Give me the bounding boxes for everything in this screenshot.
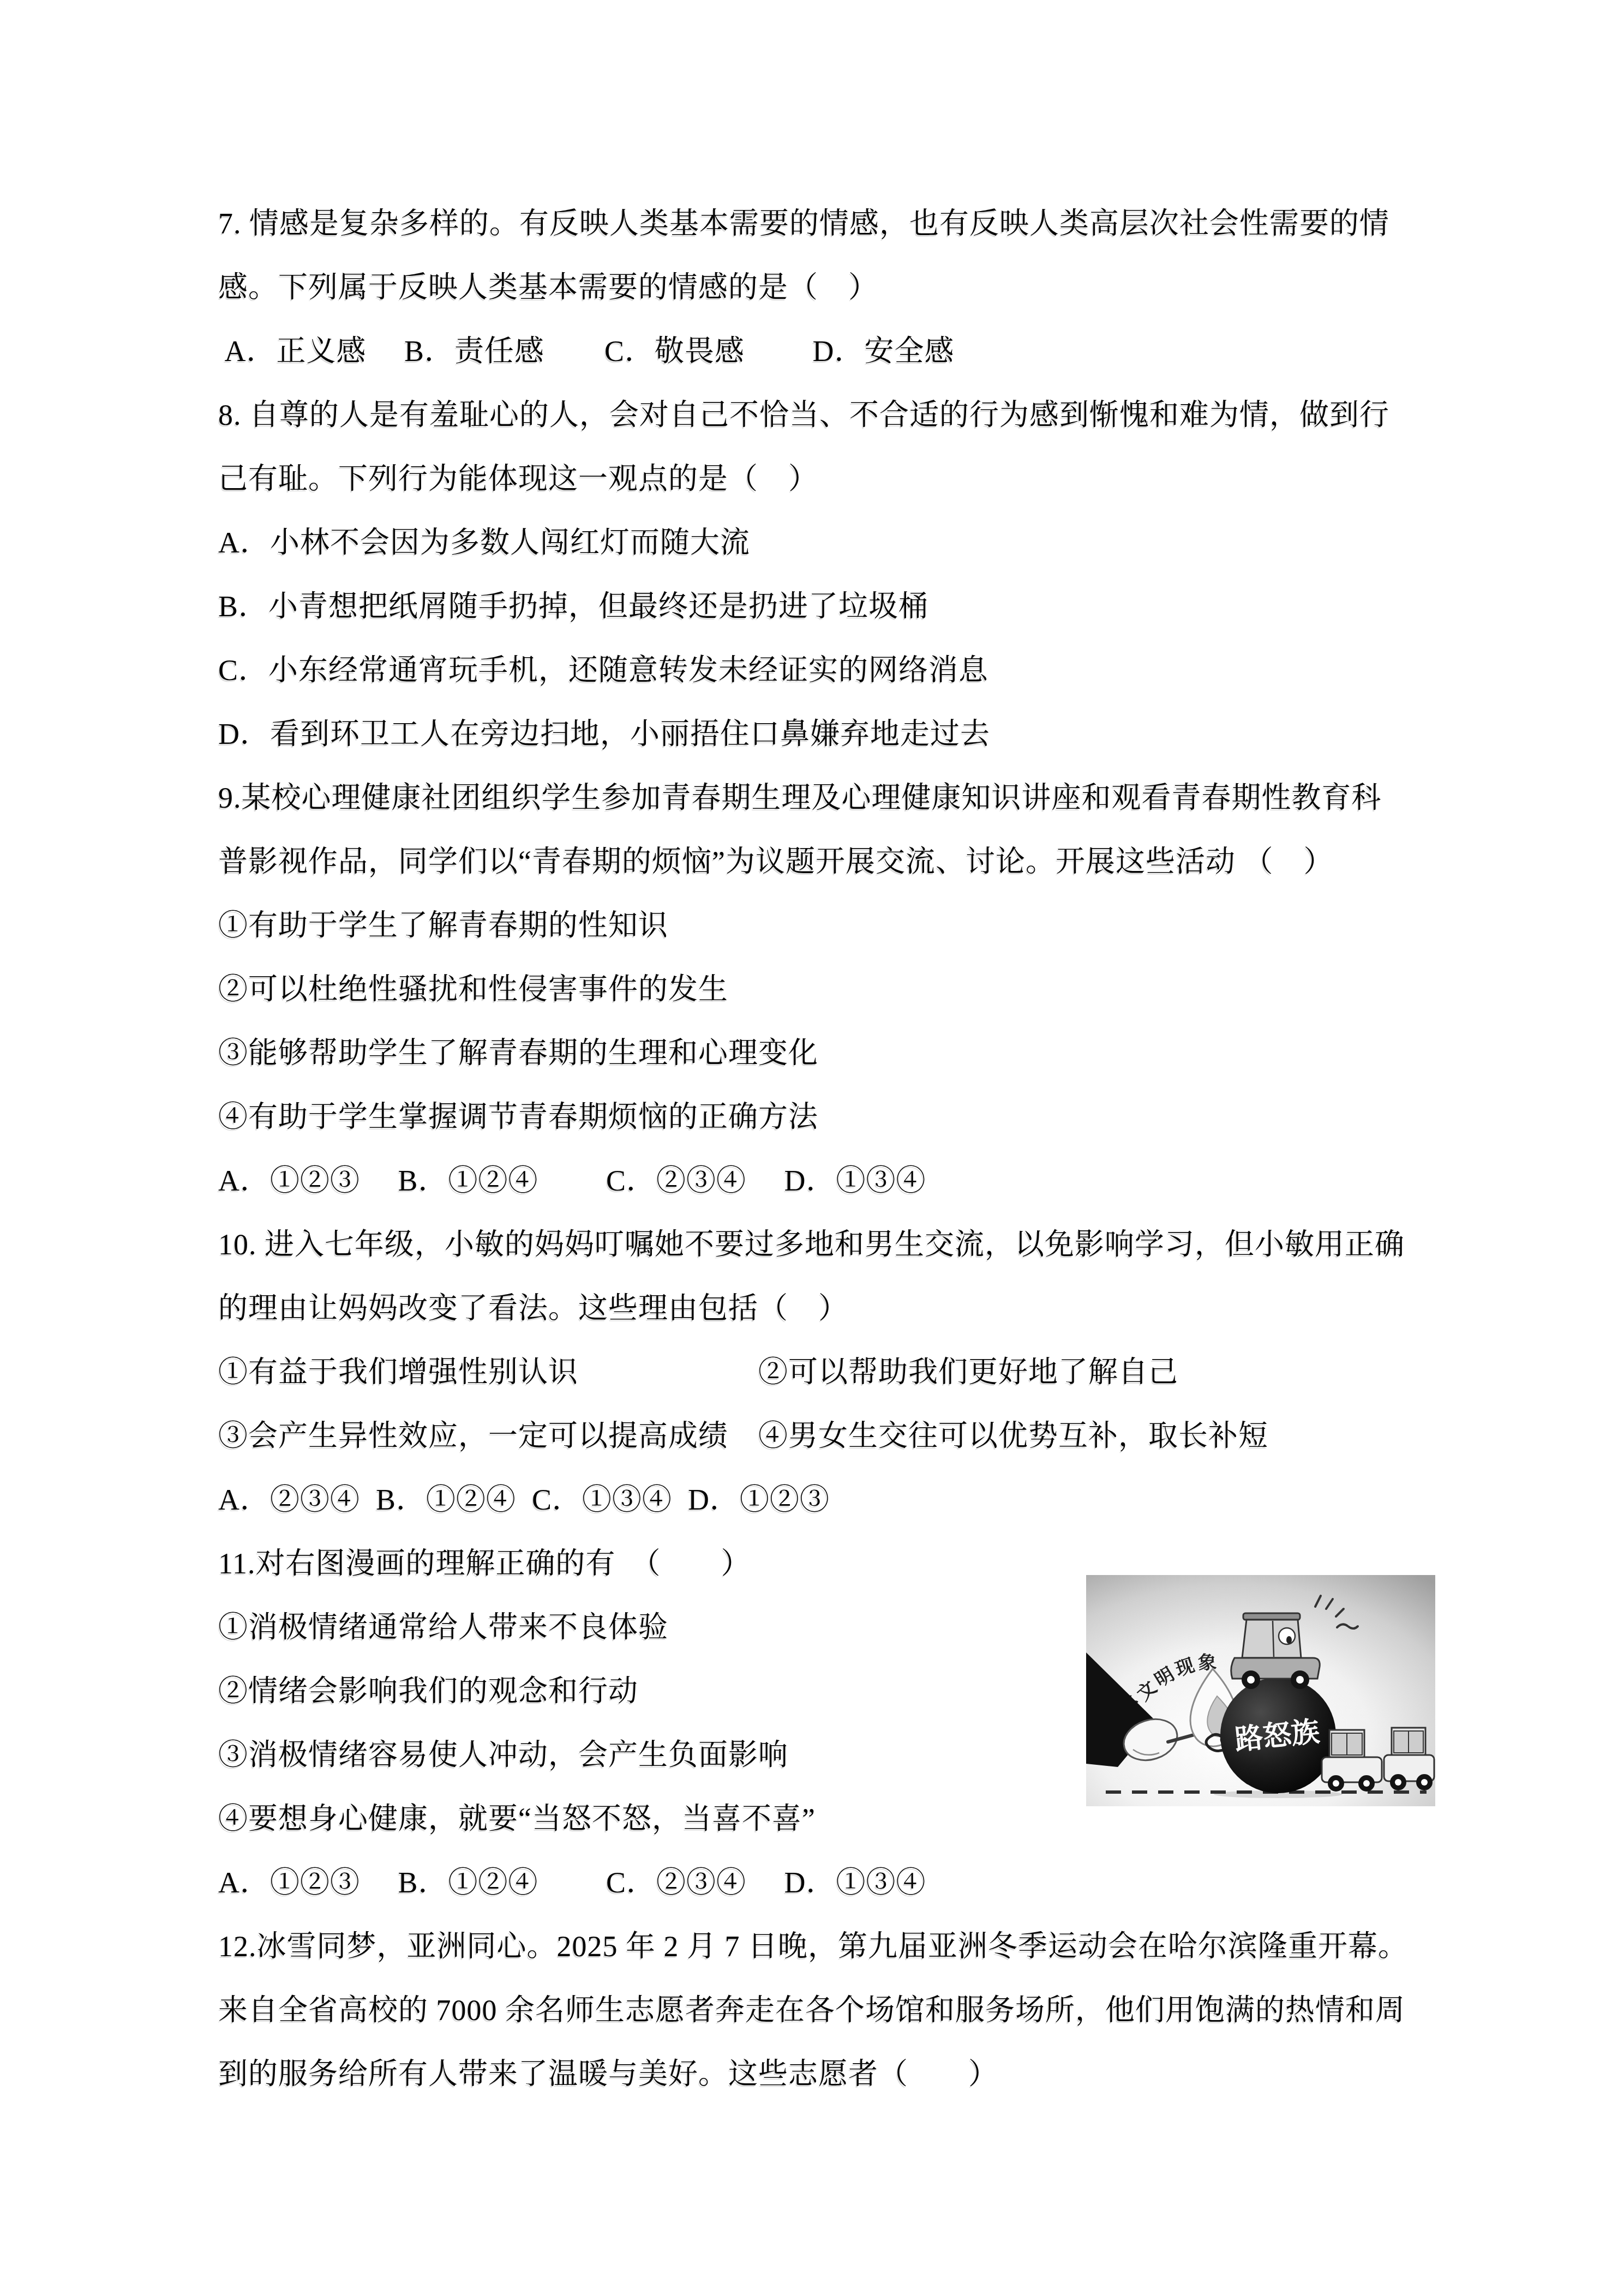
q10-stem-line-2: 的理由让妈妈改变了看法。这些理由包括（ ） [218, 1277, 1451, 1341]
q8-option-b: B．小青想把纸屑随手扔掉，但最终还是扔进了垃圾桶 [218, 575, 1451, 639]
q10-items-1-2: ①有益于我们增强性别认识 ②可以帮助我们更好地了解自己 [218, 1341, 1451, 1404]
q8-stem-line-1: 8. 自尊的人是有羞耻心的人，会对自己不恰当、不合适的行为感到惭愧和难为情，做到… [218, 383, 1451, 447]
q8-option-c: C．小东经常通宵玩手机，还随意转发未经证实的网络消息 [218, 639, 1451, 702]
q8-option-a: A．小林不会因为多数人闯红灯而随大流 [218, 511, 1451, 575]
q10-options: A．②③④ B．①②④ C．①③④ D．①②③ [218, 1468, 1451, 1532]
q12-stem-line-1: 12.冰雪同梦，亚洲同心。2025 年 2 月 7 日晚，第九届亚洲冬季运动会在… [218, 1915, 1451, 1979]
road-rage-cartoon: 不文明现象 路怒族 [1086, 1575, 1435, 1806]
q9-stem-line-2: 普影视作品，同学们以“青春期的烦恼”为议题开展交流、讨论。开展这些活动 （ ） [218, 830, 1451, 894]
q9-item-1: ①有助于学生了解青春期的性知识 [218, 894, 1451, 958]
q9-options: A．①②③ B．①②④ C．②③④ D．①③④ [218, 1149, 1451, 1213]
q11-options: A．①②③ B．①②④ C．②③④ D．①③④ [218, 1851, 1451, 1915]
q7-stem-line-2: 感。下列属于反映人类基本需要的情感的是（ ） [218, 256, 1451, 320]
q9-item-3: ③能够帮助学生了解青春期的生理和心理变化 [218, 1021, 1451, 1085]
q12-stem-line-3: 到的服务给所有人带来了温暖与美好。这些志愿者（ ） [218, 2042, 1451, 2106]
q9-item-4: ④有助于学生掌握调节青春期烦恼的正确方法 [218, 1085, 1451, 1149]
q8-option-d: D．看到环卫工人在旁边扫地，小丽捂住口鼻嫌弃地走过去 [218, 702, 1451, 766]
q10-stem-line-1: 10. 进入七年级，小敏的妈妈叮嘱她不要过多地和男生交流，以免影响学习，但小敏用… [218, 1213, 1451, 1277]
q8-stem-line-2: 己有耻。下列行为能体现这一观点的是（ ） [218, 447, 1451, 511]
q9-item-2: ②可以杜绝性骚扰和性侵害事件的发生 [218, 958, 1451, 1021]
exam-document-page: 7. 情感是复杂多样的。有反映人类基本需要的情感，也有反映人类高层次社会性需要的… [0, 0, 1624, 2296]
q7-options: A．正义感 B．责任感 C．敬畏感 D．安全感 [218, 320, 1451, 383]
q9-stem-line-1: 9.某校心理健康社团组织学生参加青春期生理及心理健康知识讲座和观看青春期性教育科 [218, 766, 1451, 830]
q7-stem-line-1: 7. 情感是复杂多样的。有反映人类基本需要的情感，也有反映人类高层次社会性需要的… [218, 192, 1451, 256]
q12-stem-line-2: 来自全省高校的 7000 余名师生志愿者奔走在各个场馆和服务场所，他们用饱满的热… [218, 1979, 1451, 2042]
question-text-block: 7. 情感是复杂多样的。有反映人类基本需要的情感，也有反映人类高层次社会性需要的… [218, 192, 1451, 2106]
q10-items-3-4: ③会产生异性效应，一定可以提高成绩 ④男女生交往可以优势互补，取长补短 [218, 1404, 1451, 1468]
